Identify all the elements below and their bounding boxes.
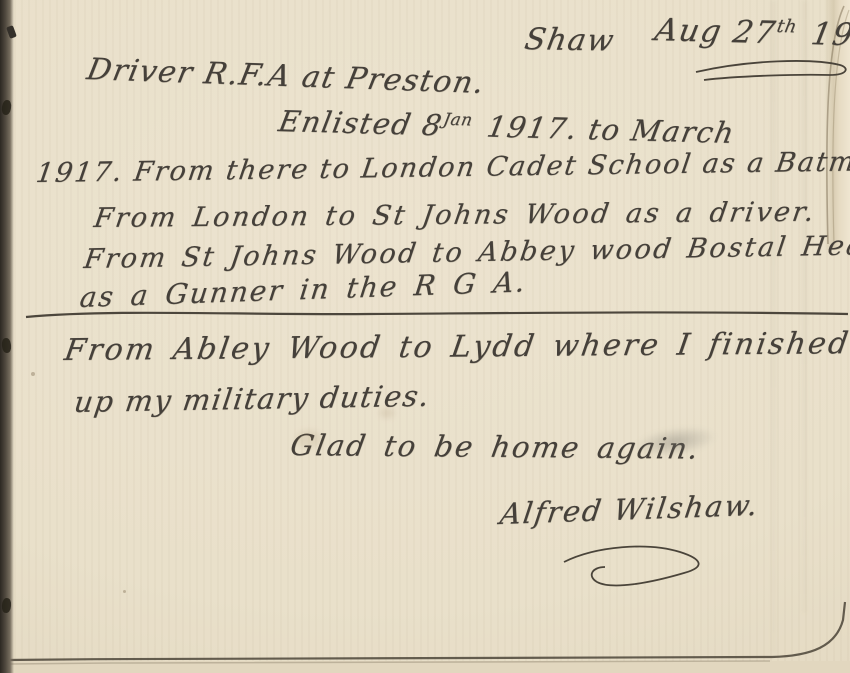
body-line: From London to St Johns Wood as a driver… xyxy=(92,197,818,234)
foxing-dot xyxy=(716,28,719,31)
divider-rule xyxy=(24,306,850,322)
dateline-date: Aug 27th1919. xyxy=(652,12,850,54)
binding-stitch xyxy=(1,338,12,354)
enlisted-month-superscript: Jan xyxy=(442,109,475,130)
signature: Alfred Wilshaw. xyxy=(498,488,762,531)
dateline-ordinal: th xyxy=(775,16,799,37)
paper-stain xyxy=(296,430,322,448)
foxing-dot xyxy=(566,450,570,454)
body-line: Driver R.F.A at Preston. xyxy=(84,52,488,101)
body-line: up my military duties. xyxy=(72,379,432,419)
album-page: Shaw Aug 27th1919. Driver R.F.A at Prest… xyxy=(0,0,850,673)
body-line: From Abley Wood to Lydd where I finished xyxy=(62,326,850,368)
dateline-year: 1919. xyxy=(808,16,850,54)
binding-stitch xyxy=(1,598,11,614)
foxing-dot xyxy=(123,590,126,593)
binding-mark xyxy=(6,25,17,39)
underline-flourish xyxy=(694,56,850,86)
enlisted-text: Enlisted 8 xyxy=(276,104,446,142)
binding-edge xyxy=(0,0,14,673)
paper-stain xyxy=(380,408,394,418)
enlisted-dates: 1917. to March xyxy=(484,110,738,150)
binding-stitch xyxy=(1,99,12,115)
body-line: 1917. From there to London Cadet School … xyxy=(34,146,850,189)
signature-flourish xyxy=(548,540,718,596)
dateline-place: Shaw xyxy=(522,22,618,58)
page-bottom-edge xyxy=(0,600,850,673)
body-line: Enlisted 8Jan1917. to March xyxy=(276,104,738,150)
foxing-dot xyxy=(31,372,35,376)
ink-smudge xyxy=(632,418,728,464)
dateline-day: Aug 27 xyxy=(652,12,779,51)
